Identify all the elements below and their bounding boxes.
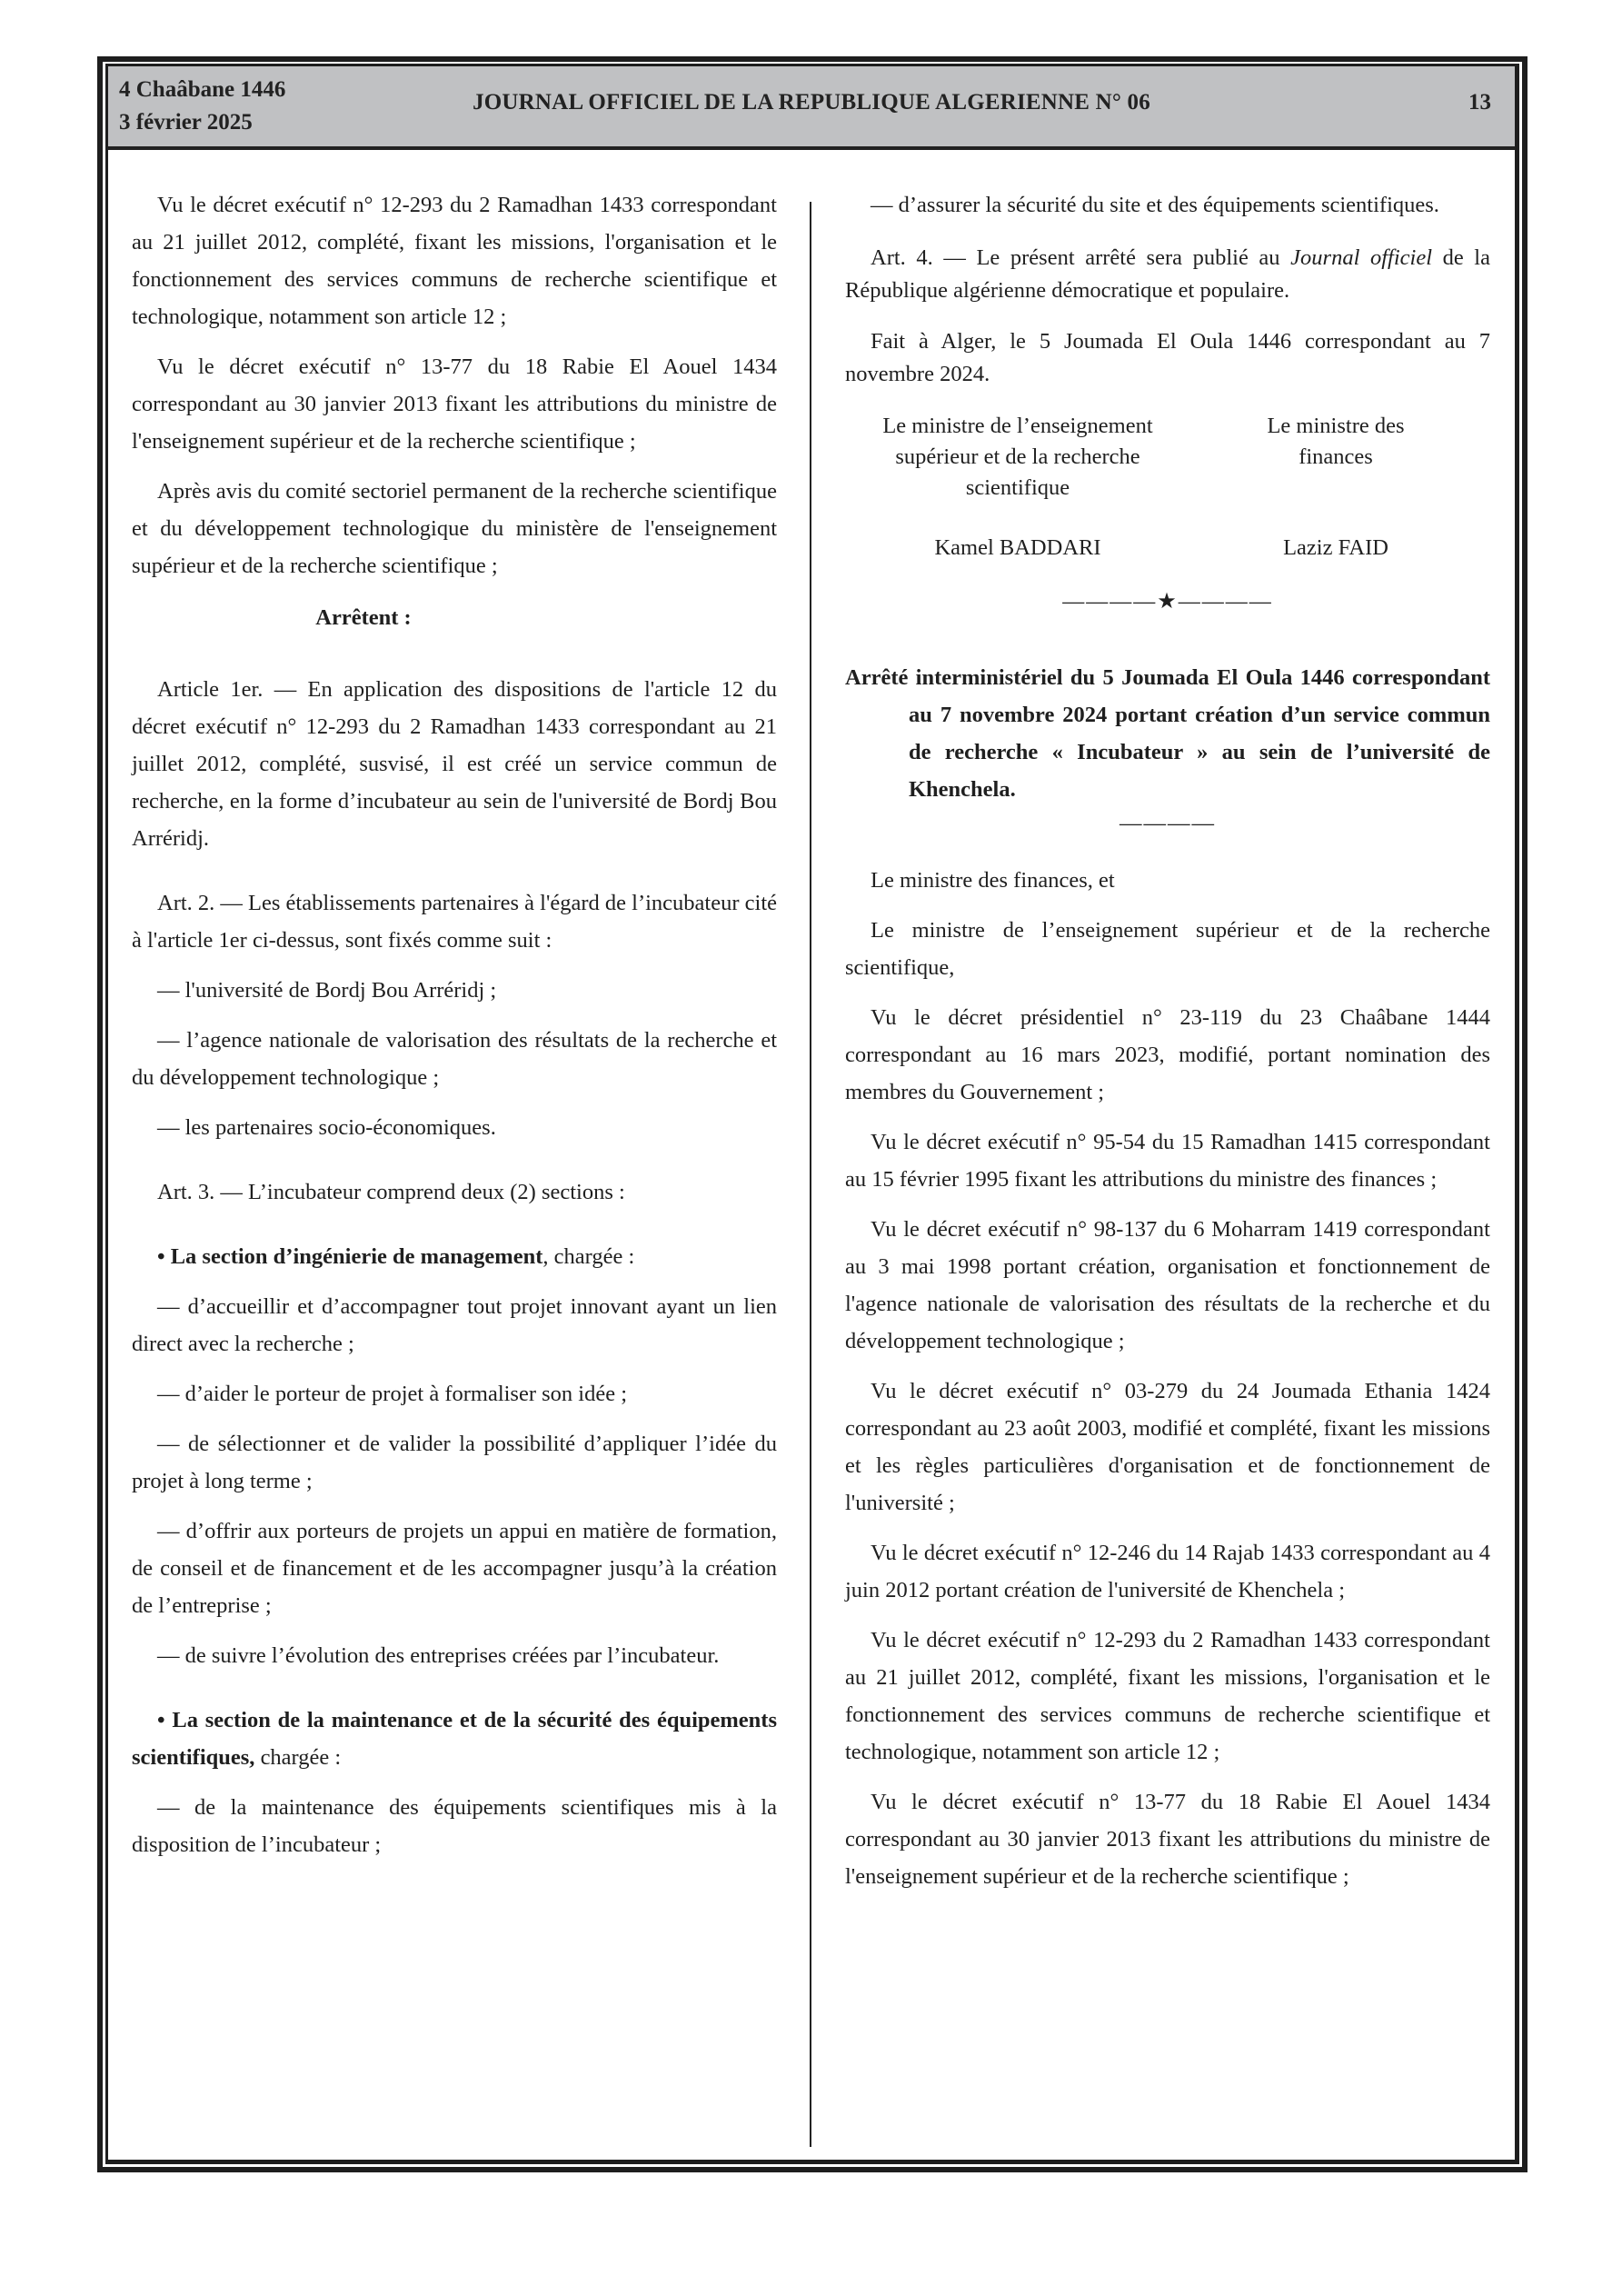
star-separator: ————★————: [845, 584, 1490, 621]
list-item: — de la maintenance des équipements scie…: [132, 1789, 777, 1863]
paragraph: Après avis du comité sectoriel permanent…: [132, 473, 777, 584]
column-divider: [810, 202, 811, 2147]
signatory-name: Laziz FAID: [1218, 533, 1454, 564]
list-item: — de sélectionner et de valider la possi…: [132, 1425, 777, 1500]
fait-a-alger: Fait à Alger, le 5 Joumada El Oula 1446 …: [845, 325, 1490, 391]
decree-title: Arrêté interministériel du 5 Joumada El …: [845, 659, 1490, 808]
list-item: — d’assurer la sécurité du site et des é…: [845, 186, 1490, 224]
paragraph: Vu le décret exécutif n° 12-293 du 2 Ram…: [845, 1622, 1490, 1771]
article-3: Art. 3. — L’incubateur comprend deux (2)…: [132, 1173, 777, 1211]
page-number: 13: [1468, 90, 1491, 115]
signatures: Le ministre de l’enseignement supérieur …: [845, 411, 1490, 564]
section-2-title: • La section de la maintenance et de la …: [132, 1708, 777, 1770]
journal-officiel-italic: Journal officiel: [1290, 245, 1432, 270]
list-item: — d’aider le porteur de projet à formali…: [132, 1375, 777, 1413]
right-column: — d’assurer la sécurité du site et des é…: [845, 186, 1490, 1908]
paragraph: Vu le décret exécutif n° 13-77 du 18 Rab…: [845, 1783, 1490, 1895]
list-item: — l'université de Bordj Bou Arréridj ;: [132, 972, 777, 1009]
signatory-title: Le ministre des finances: [1218, 411, 1454, 473]
list-item: — de suivre l’évolution des entreprises …: [132, 1637, 777, 1674]
section-2-heading: • La section de la maintenance et de la …: [132, 1702, 777, 1776]
article-1: Article 1er. — En application des dispos…: [132, 671, 777, 857]
article-4: Art. 4. — Le présent arrêté sera publié …: [845, 242, 1490, 307]
signatory-name: Kamel BADDARI: [845, 533, 1190, 564]
arretent-heading: Arrêtent :: [132, 599, 777, 636]
article-4-text: Art. 4. — Le présent arrêté sera publié …: [871, 245, 1290, 270]
section-1-title: • La section d’ingénierie de management: [157, 1244, 542, 1269]
signature-block: Le ministre de l’enseignement supérieur …: [845, 411, 1190, 564]
paragraph: Le ministre de l’enseignement supérieur …: [845, 912, 1490, 986]
section-1-heading: • La section d’ingénierie de management,…: [132, 1238, 777, 1275]
list-item: — d’offrir aux porteurs de projets un ap…: [132, 1512, 777, 1624]
section-1-suffix: , chargée :: [542, 1244, 634, 1269]
list-item: — l’agence nationale de valorisation des…: [132, 1022, 777, 1096]
paragraph: Vu le décret exécutif n° 12-246 du 14 Ra…: [845, 1534, 1490, 1609]
signature-block: Le ministre des finances Laziz FAID: [1218, 411, 1454, 564]
paragraph: Vu le décret exécutif n° 03-279 du 24 Jo…: [845, 1373, 1490, 1522]
paragraph: Vu le décret exécutif n° 98-137 du 6 Moh…: [845, 1211, 1490, 1360]
paragraph: Vu le décret présidentiel n° 23-119 du 2…: [845, 999, 1490, 1111]
article-2: Art. 2. — Les établissements partenaires…: [132, 884, 777, 959]
paragraph: Vu le décret exécutif n° 13-77 du 18 Rab…: [132, 348, 777, 460]
list-item: — les partenaires socio-économiques.: [132, 1109, 777, 1146]
list-item: — d’accueillir et d’accompagner tout pro…: [132, 1288, 777, 1363]
paragraph: Vu le décret exécutif n° 12-293 du 2 Ram…: [132, 186, 777, 335]
paragraph: Le ministre des finances, et: [845, 862, 1490, 899]
section-2-suffix: chargée :: [254, 1745, 341, 1770]
short-separator: ————: [845, 804, 1490, 842]
left-column: Vu le décret exécutif n° 12-293 du 2 Ram…: [132, 186, 777, 1876]
journal-header: 4 Chaâbane 1446 3 février 2025 JOURNAL O…: [108, 66, 1515, 150]
signatory-title: Le ministre de l’enseignement supérieur …: [845, 411, 1190, 504]
paragraph: Vu le décret exécutif n° 95-54 du 15 Ram…: [845, 1123, 1490, 1198]
journal-title: JOURNAL OFFICIEL DE LA REPUBLIQUE ALGERI…: [108, 90, 1515, 115]
